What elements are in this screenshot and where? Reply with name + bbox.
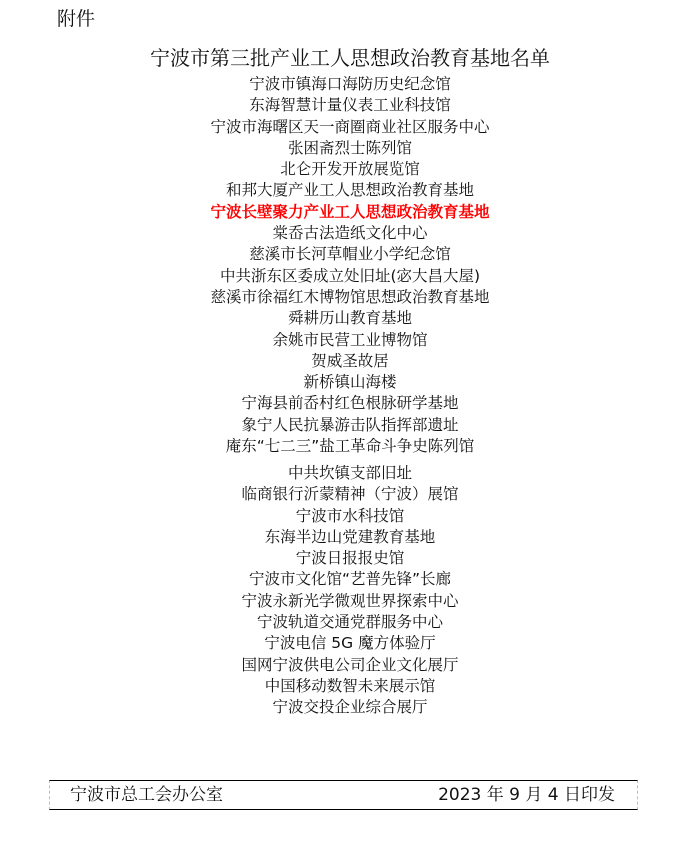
list-item: 舜耕历山教育基地 (0, 308, 696, 329)
list-item: 宁波市水科技馆 (0, 506, 696, 527)
attachment-label: 附件 (57, 7, 95, 31)
issuance-footer: 宁波市总工会办公室 2023 年 9 月 4 日印发 (49, 780, 638, 810)
list-item: 宁波日报报史馆 (0, 548, 696, 569)
list-item: 象宁人民抗暴游击队指挥部遗址 (0, 415, 696, 436)
list-item: 庵东“七二三”盐工革命斗争史陈列馆 (0, 436, 696, 457)
list-item: 慈溪市徐福红木博物馆思想政治教育基地 (0, 287, 696, 308)
list-item: 北仑开发开放展览馆 (0, 159, 696, 180)
list-item: 宁海县前岙村红色根脉研学基地 (0, 393, 696, 414)
list-item: 宁波轨道交通党群服务中心 (0, 612, 696, 633)
list-item: 宁波市文化馆“艺普先锋”长廊 (0, 569, 696, 590)
list-item: 宁波市海曙区天一商圈商业社区服务中心 (0, 117, 696, 138)
list-item: 国网宁波供电公司企业文化展厅 (0, 655, 696, 676)
list-item: 余姚市民营工业博物馆 (0, 330, 696, 351)
list-item: 棠岙古法造纸文化中心 (0, 223, 696, 244)
list-item: 和邦大厦产业工人思想政治教育基地 (0, 180, 696, 201)
list-item: 贺威圣故居 (0, 351, 696, 372)
list-item: 宁波市镇海口海防历史纪念馆 (0, 74, 696, 95)
list-item: 中国移动数智未来展示馆 (0, 676, 696, 697)
list-item: 宁波永新光学微观世界探索中心 (0, 591, 696, 612)
list-item: 慈溪市长河草帽业小学纪念馆 (0, 244, 696, 265)
document-title: 宁波市第三批产业工人思想政治教育基地名单 (0, 45, 696, 71)
issuer-name: 宁波市总工会办公室 (70, 784, 223, 806)
list-item: 中共坎镇支部旧址 (0, 463, 696, 484)
list-item: 张困斋烈士陈列馆 (0, 138, 696, 159)
base-list-group-1: 宁波市镇海口海防历史纪念馆 东海智慧计量仪表工业科技馆 宁波市海曙区天一商圈商业… (0, 74, 696, 457)
list-item: 宁波电信 5G 魔方体验厅 (0, 633, 696, 654)
list-item: 东海半边山党建教育基地 (0, 527, 696, 548)
list-item: 临商银行沂蒙精神（宁波）展馆 (0, 484, 696, 505)
list-item: 新桥镇山海楼 (0, 372, 696, 393)
list-item-highlighted: 宁波长壁聚力产业工人思想政治教育基地 (0, 202, 696, 223)
list-item: 东海智慧计量仪表工业科技馆 (0, 95, 696, 116)
base-list-group-2: 中共坎镇支部旧址 临商银行沂蒙精神（宁波）展馆 宁波市水科技馆 东海半边山党建教… (0, 463, 696, 719)
list-item: 宁波交投企业综合展厅 (0, 697, 696, 718)
list-item: 中共浙东区委成立处旧址(宓大昌大屋) (0, 266, 696, 287)
issue-date: 2023 年 9 月 4 日印发 (438, 784, 615, 806)
